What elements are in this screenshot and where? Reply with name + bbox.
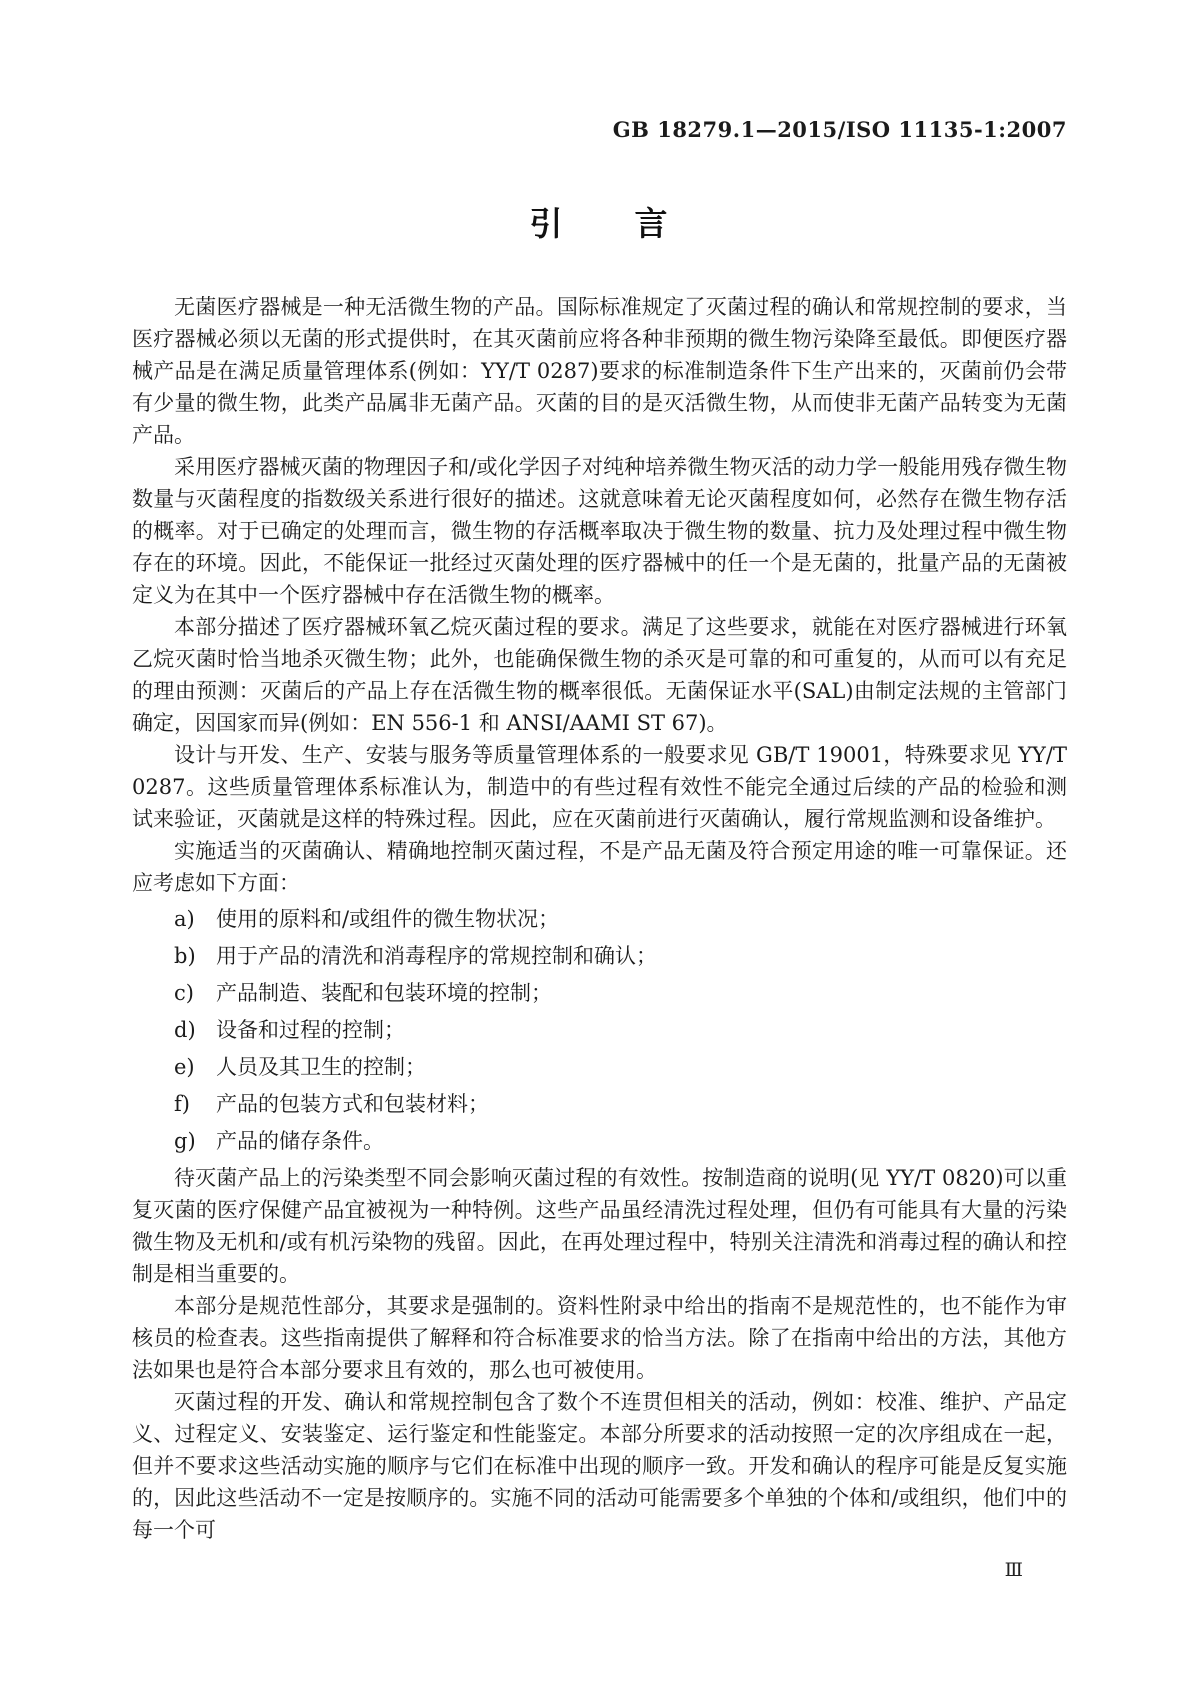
paragraph: 本部分描述了医疗器械环氧乙烷灭菌过程的要求。满足了这些要求，就能在对医疗器械进行… [132, 611, 1067, 739]
list-item: a) 使用的原料和/或组件的微生物状况； [132, 901, 1067, 938]
paragraph: 无菌医疗器械是一种无活微生物的产品。国际标准规定了灭菌过程的确认和常规控制的要求… [132, 291, 1067, 451]
list-item: g) 产品的储存条件。 [132, 1123, 1067, 1160]
list-item-label: f) [174, 1086, 216, 1123]
list-item-label: d) [174, 1012, 216, 1049]
list-item-label: b) [174, 938, 216, 975]
paragraph: 本部分是规范性部分，其要求是强制的。资料性附录中给出的指南不是规范性的，也不能作… [132, 1290, 1067, 1386]
list-item: f) 产品的包装方式和包装材料； [132, 1086, 1067, 1123]
list-item: b) 用于产品的清洗和消毒程序的常规控制和确认； [132, 938, 1067, 975]
paragraph: 实施适当的灭菌确认、精确地控制灭菌过程，不是产品无菌及符合预定用途的唯一可靠保证… [132, 835, 1067, 899]
list-item-text: 人员及其卫生的控制； [216, 1049, 1067, 1086]
list-item-text: 用于产品的清洗和消毒程序的常规控制和确认； [216, 938, 1067, 975]
list-item-text: 产品制造、装配和包装环境的控制； [216, 975, 1067, 1012]
list-item-text: 产品的包装方式和包装材料； [216, 1086, 1067, 1123]
list-item-text: 使用的原料和/或组件的微生物状况； [216, 901, 1067, 938]
consideration-list: a) 使用的原料和/或组件的微生物状况； b) 用于产品的清洗和消毒程序的常规控… [132, 901, 1067, 1160]
list-item-label: g) [174, 1123, 216, 1160]
paragraph: 设计与开发、生产、安装与服务等质量管理体系的一般要求见 GB/T 19001，特… [132, 739, 1067, 835]
list-item-text: 设备和过程的控制； [216, 1012, 1067, 1049]
introduction-body: 无菌医疗器械是一种无活微生物的产品。国际标准规定了灭菌过程的确认和常规控制的要求… [132, 291, 1067, 1546]
list-item-text: 产品的储存条件。 [216, 1123, 1067, 1160]
document-page: GB 18279.1—2015/ISO 11135-1:2007 引 言 无菌医… [0, 0, 1191, 1684]
list-item-label: a) [174, 901, 216, 938]
list-item: e) 人员及其卫生的控制； [132, 1049, 1067, 1086]
paragraph: 采用医疗器械灭菌的物理因子和/或化学因子对纯种培养微生物灭活的动力学一般能用残存… [132, 451, 1067, 611]
paragraph: 灭菌过程的开发、确认和常规控制包含了数个不连贯但相关的活动，例如：校准、维护、产… [132, 1386, 1067, 1546]
standard-number: GB 18279.1—2015/ISO 11135-1:2007 [132, 116, 1067, 144]
page-title: 引 言 [132, 198, 1067, 245]
paragraph: 待灭菌产品上的污染类型不同会影响灭菌过程的有效性。按制造商的说明(见 YY/T … [132, 1162, 1067, 1290]
page-number: Ⅲ [132, 1558, 1067, 1582]
list-item-label: e) [174, 1049, 216, 1086]
list-item: c) 产品制造、装配和包装环境的控制； [132, 975, 1067, 1012]
list-item-label: c) [174, 975, 216, 1012]
list-item: d) 设备和过程的控制； [132, 1012, 1067, 1049]
